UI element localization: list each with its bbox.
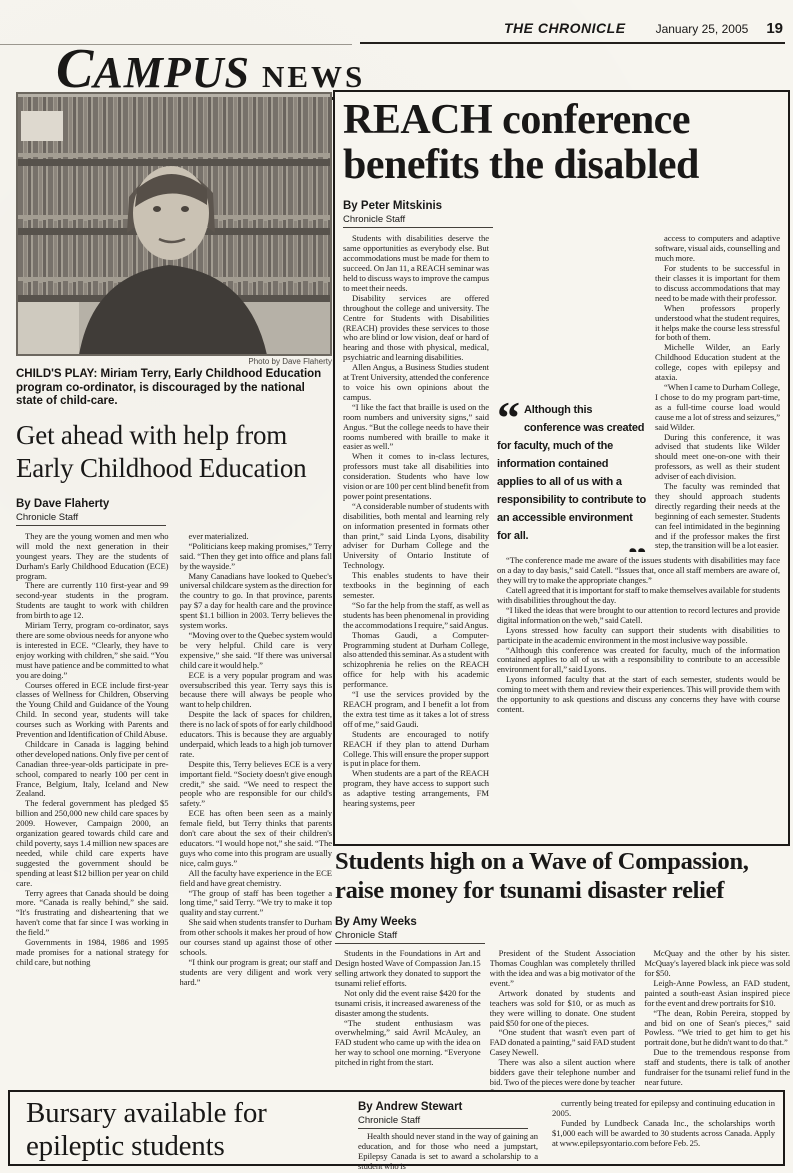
paragraph: She said when students transfer to Durha… xyxy=(180,918,333,958)
article-reach: REACH conference benefits the disabled B… xyxy=(333,90,790,846)
tsunami-column-3: McQuay and the other by his sister. McQu… xyxy=(644,949,790,1097)
paragraph: “The conference made me aware of the iss… xyxy=(497,556,780,586)
bursary-headline-line2: epileptic students xyxy=(26,1130,344,1163)
paragraph: There are currently 110 first-year and 9… xyxy=(16,581,169,621)
bursary-byline-org: Chronicle Staff xyxy=(358,1115,528,1129)
paragraph: Terry agrees that Canada should be doing… xyxy=(16,889,169,939)
paragraph: “The group of staff has been together a … xyxy=(180,889,333,919)
paragraph: Allen Angus, a Business Studies student … xyxy=(343,363,489,403)
pull-quote: “ Although this conference was created f… xyxy=(497,400,647,552)
reach-headline: REACH conference benefits the disabled xyxy=(343,98,780,187)
paragraph: When students are a part of the REACH pr… xyxy=(343,769,489,809)
tsunami-column-1: Students in the Foundations in Art and D… xyxy=(335,949,481,1097)
ece-column-1: They are the young women and men who wil… xyxy=(16,532,169,1084)
ece-headline-line1: Get ahead with help from xyxy=(16,419,332,452)
paragraph: Despite this, Terry believes ECE is a ve… xyxy=(180,760,333,810)
section-title: AMPUS xyxy=(93,48,250,97)
paragraph: Catell agreed that it is important for s… xyxy=(497,586,780,606)
paragraph: Lyons informed faculty that at the start… xyxy=(497,675,780,715)
tsunami-headline-line2: raise money for tsunami disaster relief xyxy=(335,877,790,906)
paragraph: ECE has often been seen as a mainly fema… xyxy=(180,809,333,868)
newspaper-page: THE CHRONICLE January 25, 2005 19 CAMPUS… xyxy=(0,0,793,1173)
paragraph: Health should never stand in the way of … xyxy=(358,1132,538,1172)
section-title-initial: C xyxy=(56,38,93,100)
paragraph: During this conference, it was advised t… xyxy=(655,433,780,483)
paragraph: “The student enthusiasm was overwhelming… xyxy=(335,1019,481,1069)
bursary-column-1: Health should never stand in the way of … xyxy=(358,1132,538,1172)
tsunami-byline-name: By Amy Weeks xyxy=(335,916,417,928)
paragraph: Many Canadians have looked to Quebec's u… xyxy=(180,572,333,631)
page-number: 19 xyxy=(766,20,783,37)
ece-headline: Get ahead with help from Early Childhood… xyxy=(16,419,332,485)
tsunami-headline-line1: Students high on a Wave of Compassion, xyxy=(335,848,790,877)
tsunami-byline-org: Chronicle Staff xyxy=(335,930,485,944)
bursary-column-2: currently being treated for epilepsy and… xyxy=(552,1097,775,1159)
paragraph: Due to the tremendous response from staf… xyxy=(644,1048,790,1088)
bursary-headline: Bursary available for epileptic students xyxy=(18,1097,344,1159)
paragraph: “I use the services provided by the REAC… xyxy=(343,690,489,730)
paragraph: This enables students to have their text… xyxy=(343,571,489,601)
paragraph: “I think our program is great; our staff… xyxy=(180,958,333,988)
paragraph: President of the Student Association Tho… xyxy=(490,949,636,989)
paragraph: Despite the lack of spaces for children,… xyxy=(180,710,333,760)
article-ece: Photo by Dave Flaherty CHILD'S PLAY: Mir… xyxy=(16,92,332,1084)
paragraph: All the faculty have experience in the E… xyxy=(180,869,333,889)
paragraph: Lyons stressed how faculty can support t… xyxy=(497,626,780,646)
paragraph: “So far the help from the staff, as well… xyxy=(343,601,489,631)
paragraph: “Although this conference was created fo… xyxy=(497,646,780,676)
paragraph: Funded by Lundbeck Canada Inc., the scho… xyxy=(552,1119,775,1149)
reach-body: Students with disabilities deserve the s… xyxy=(343,234,780,820)
bursary-byline: By Andrew Stewart Chronicle Staff xyxy=(358,1097,528,1129)
paragraph: “The dean, Robin Pereira, stopped by and… xyxy=(644,1009,790,1049)
reach-column-3: access to computers and adaptive softwar… xyxy=(655,234,780,552)
paragraph: Miriam Terry, program co-ordinator, says… xyxy=(16,621,169,680)
paragraph: They are the young women and men who wil… xyxy=(16,532,169,582)
paragraph: “I liked the ideas that were brought to … xyxy=(497,606,780,626)
tsunami-body: Students in the Foundations in Art and D… xyxy=(335,949,790,1097)
paragraph: ECE is a very popular program and was ov… xyxy=(180,671,333,711)
paragraph: The faculty was reminded that they shoul… xyxy=(655,482,780,551)
paragraph: Thomas Gaudi, a Computer-Programming stu… xyxy=(343,631,489,690)
photo-image xyxy=(17,93,331,355)
paragraph: Elaine Catell, campaign assistant for th… xyxy=(655,551,780,552)
paragraph: Childcare in Canada is lagging behind ot… xyxy=(16,740,169,799)
paragraph: access to computers and adaptive softwar… xyxy=(655,234,780,264)
ece-headline-line2: Early Childhood Education xyxy=(16,452,332,485)
paragraph: Students in the Foundations in Art and D… xyxy=(335,949,481,989)
reach-byline: By Peter Mitskinis Chronicle Staff xyxy=(343,196,493,228)
bursary-headline-line1: Bursary available for xyxy=(26,1097,344,1130)
bursary-byline-name: By Andrew Stewart xyxy=(358,1101,462,1113)
paragraph: Governments in 1984, 1986 and 1995 made … xyxy=(16,938,169,968)
paragraph: Michelle Wilder, an Early Childhood Educ… xyxy=(655,343,780,383)
paragraph: Disability services are offered througho… xyxy=(343,294,489,363)
paragraph: currently being treated for epilepsy and… xyxy=(552,1099,775,1119)
paragraph: For students to be successful in their c… xyxy=(655,264,780,304)
issue-date: January 25, 2005 xyxy=(656,22,749,36)
paragraph: “One student that wasn't even part of FA… xyxy=(490,1028,636,1058)
open-quote-mark: “ xyxy=(497,404,520,432)
tsunami-column-2: President of the Student Association Tho… xyxy=(490,949,636,1097)
reach-right-wrap: “ Although this conference was created f… xyxy=(497,234,780,820)
paragraph: “Politicians keep making promises,” Terr… xyxy=(180,542,333,572)
tsunami-byline: By Amy Weeks Chronicle Staff xyxy=(335,912,485,944)
reach-column-1: Students with disabilities deserve the s… xyxy=(343,234,489,820)
ece-column-2: ever materialized.“Politicians keep maki… xyxy=(180,532,333,1084)
ece-body: They are the young women and men who wil… xyxy=(16,532,332,1084)
photo-childs-play xyxy=(16,92,332,356)
reach-headline-line2: benefits the disabled xyxy=(343,143,780,188)
paragraph: Students with disabilities deserve the s… xyxy=(343,234,489,293)
ece-byline-org: Chronicle Staff xyxy=(16,512,166,526)
reach-byline-name: By Peter Mitskinis xyxy=(343,200,442,212)
bursary-left: By Andrew Stewart Chronicle Staff Health… xyxy=(358,1097,538,1159)
paragraph: McQuay and the other by his sister. McQu… xyxy=(644,949,790,979)
paragraph: The federal government has pledged $5 bi… xyxy=(16,799,169,888)
ece-byline-name: By Dave Flaherty xyxy=(16,498,109,510)
tsunami-headline: Students high on a Wave of Compassion, r… xyxy=(335,848,790,906)
paragraph: Not only did the event raise $420 for th… xyxy=(335,989,481,1019)
reach-headline-line1: REACH conference xyxy=(343,98,780,143)
paragraph: Students are encouraged to notify REACH … xyxy=(343,730,489,770)
article-tsunami: Students high on a Wave of Compassion, r… xyxy=(335,848,790,1097)
reach-byline-org: Chronicle Staff xyxy=(343,214,493,228)
article-bursary: Bursary available for epileptic students… xyxy=(8,1090,785,1166)
photo-caption: CHILD'S PLAY: Miriam Terry, Early Childh… xyxy=(16,368,332,409)
paragraph: When it comes to in-class lectures, prof… xyxy=(343,452,489,502)
reach-top-row: “ Although this conference was created f… xyxy=(497,234,780,552)
section-subtitle: NEWS xyxy=(262,59,365,94)
paragraph: “I like the fact that braille is used on… xyxy=(343,403,489,453)
paragraph: “Moving over to the Quebec system would … xyxy=(180,631,333,671)
paragraph: Leigh-Anne Powless, an FAD student, pain… xyxy=(644,979,790,1009)
ece-byline: By Dave Flaherty Chronicle Staff xyxy=(16,494,166,526)
paper-name: THE CHRONICLE xyxy=(504,20,626,36)
paragraph: “When I came to Durham College, I chose … xyxy=(655,383,780,433)
reach-wide-text: “The conference made me aware of the iss… xyxy=(497,556,780,820)
paragraph: Artwork donated by students and teachers… xyxy=(490,989,636,1029)
paragraph: Courses offered in ECE include first-yea… xyxy=(16,681,169,740)
page-header: THE CHRONICLE January 25, 2005 19 xyxy=(0,20,783,38)
paragraph: “A considerable number of students with … xyxy=(343,502,489,571)
photo-credit: Photo by Dave Flaherty xyxy=(16,357,332,366)
paragraph: When professors properly understood what… xyxy=(655,304,780,344)
